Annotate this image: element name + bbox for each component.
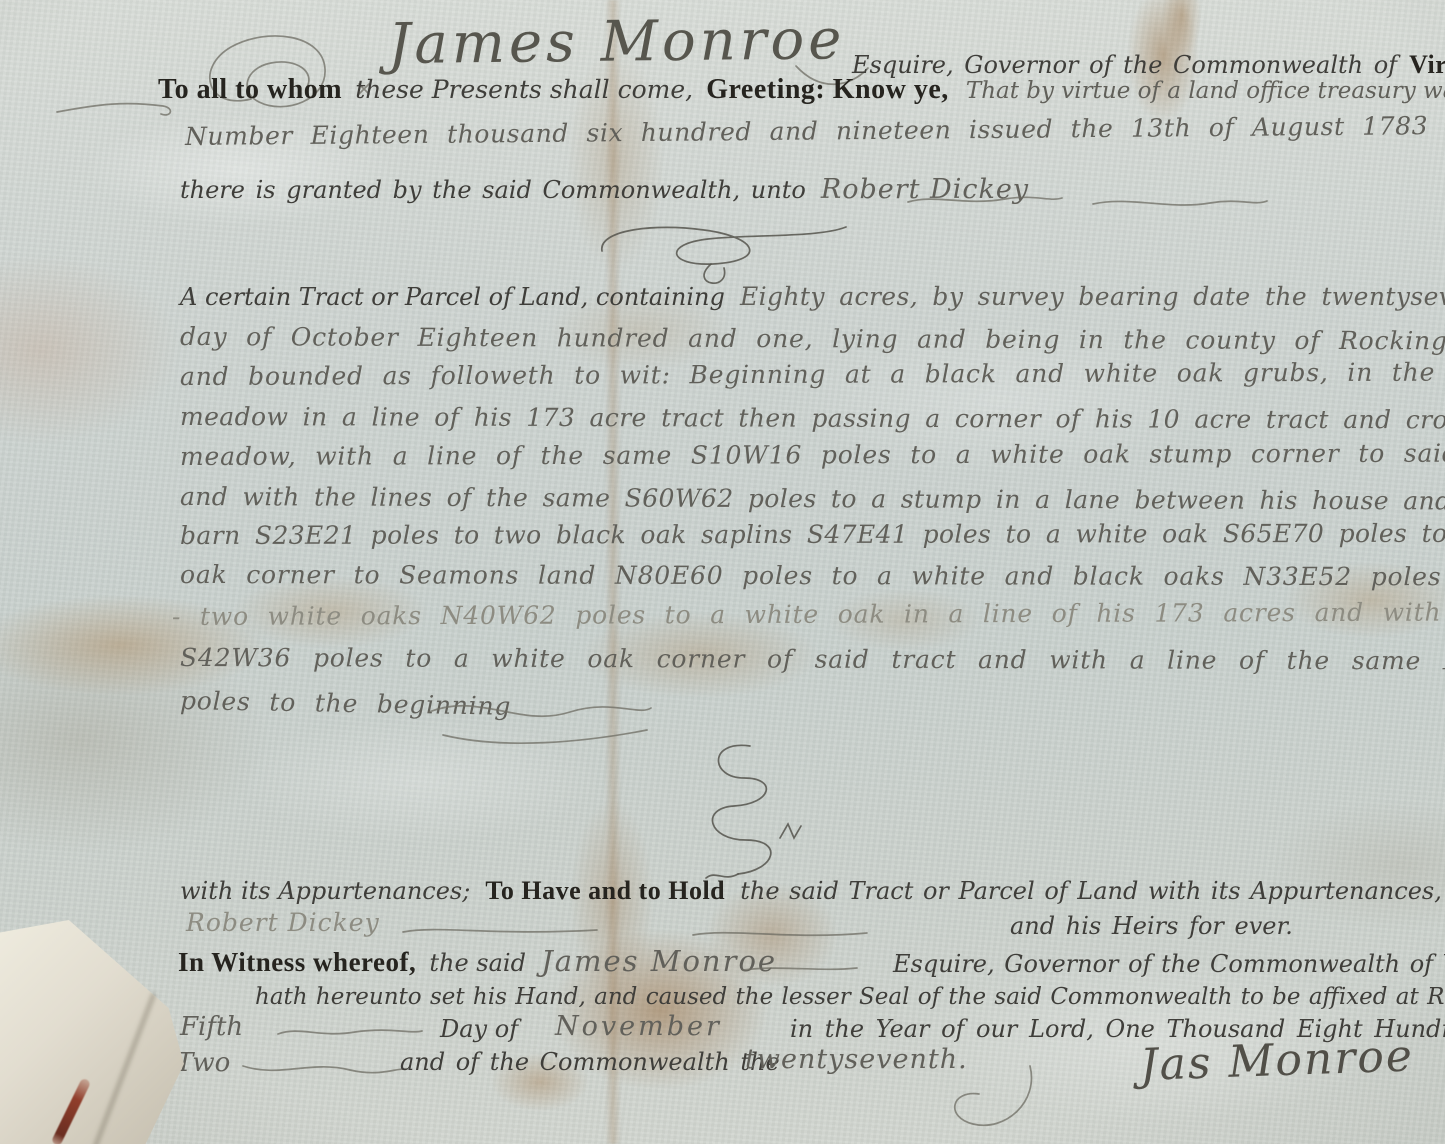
paper-seal <box>0 920 184 1144</box>
day-word: Fifth <box>180 1012 243 1042</box>
center-knot-flourish <box>592 206 854 286</box>
appurtenances-clause: with its Appurtenances; <box>180 877 470 905</box>
body-line: meadow in a line of his 173 acre tract t… <box>180 402 1445 435</box>
commonwealth-clause: and of the Commonwealth the <box>400 1048 780 1076</box>
center-vertical-flourish <box>688 742 806 882</box>
body-line: day of October Eighteen hundred and one,… <box>180 322 1445 356</box>
monroe-signature: Jas Monroe <box>1139 1030 1415 1091</box>
day-word-dash <box>275 1024 425 1040</box>
body-line: and with the lines of the same S60W62 po… <box>180 482 1445 516</box>
witness-name-dash <box>740 962 860 976</box>
body-line: oak corner to Seamons land N80E60 poles … <box>180 560 1445 591</box>
salutation-line: To all to whom these Presents shall come… <box>158 74 1445 106</box>
salutation-blackletter-1: To all to whom <box>158 74 342 105</box>
parchment-document: James Monroe Esquire, Governor of the Co… <box>0 0 1445 1144</box>
witness-governor-title: Esquire, Governor of the Commonwealth of… <box>893 950 1445 978</box>
governor-name: James Monroe <box>388 7 846 77</box>
grantee-repeat-dash-2 <box>690 926 870 942</box>
witness-line: In Witness whereof, the said James Monro… <box>178 944 777 978</box>
day-of-label: Day of <box>440 1015 518 1043</box>
salutation-blackletter-2: Greeting: Know ye, <box>706 74 949 105</box>
body-text: Eighty acres, by survey bearing date the… <box>740 282 1445 311</box>
witness-said: the said <box>429 949 526 977</box>
year-word: Two <box>176 1048 230 1078</box>
salutation-script: these Presents shall come, <box>355 75 693 104</box>
grantee-repeat-dash <box>400 922 600 938</box>
habendum-line: with its Appurtenances; To Have and to H… <box>180 876 1445 906</box>
after-grantee-dash-squiggle <box>905 190 1065 208</box>
grant-clause-line: there is granted by the said Commonwealt… <box>180 174 1029 205</box>
body-line: and bounded as followeth to wit: Beginni… <box>180 357 1445 391</box>
body-line: S42W36 poles to a white oak corner of sa… <box>180 643 1445 676</box>
warrant-intro: That by virtue of a land office treasury… <box>966 78 1445 104</box>
tract-intro: A certain Tract or Parcel of Land, conta… <box>180 283 725 311</box>
grantee-repeat: Robert Dickey <box>186 908 380 937</box>
witness-blackletter: In Witness whereof, <box>178 947 416 977</box>
habendum-rest: the said Tract or Parcel of Land with it… <box>740 877 1445 905</box>
body-line: A certain Tract or Parcel of Land, conta… <box>180 282 1445 311</box>
grant-clause: there is granted by the said Commonwealt… <box>180 176 806 204</box>
after-grantee-dash-squiggle-2 <box>1090 194 1270 212</box>
under-beginning-flourish <box>425 690 655 748</box>
body-line: meadow, with a line of the same S10W16 p… <box>180 438 1445 471</box>
month-name: November <box>555 1011 722 1042</box>
habendum-blackletter: To Have and to Hold <box>485 876 725 905</box>
commonwealth-year-flourish <box>935 1062 1045 1140</box>
hand-and-seal-line: hath hereunto set his Hand, and caused t… <box>255 984 1445 1010</box>
body-line: barn S23E21 poles to two black oak sapli… <box>180 519 1445 550</box>
year-word-dash <box>240 1058 410 1080</box>
heirs-clause: and his Heirs for ever. <box>1010 912 1293 940</box>
body-line: - two white oaks N40W62 poles to a white… <box>172 597 1445 631</box>
